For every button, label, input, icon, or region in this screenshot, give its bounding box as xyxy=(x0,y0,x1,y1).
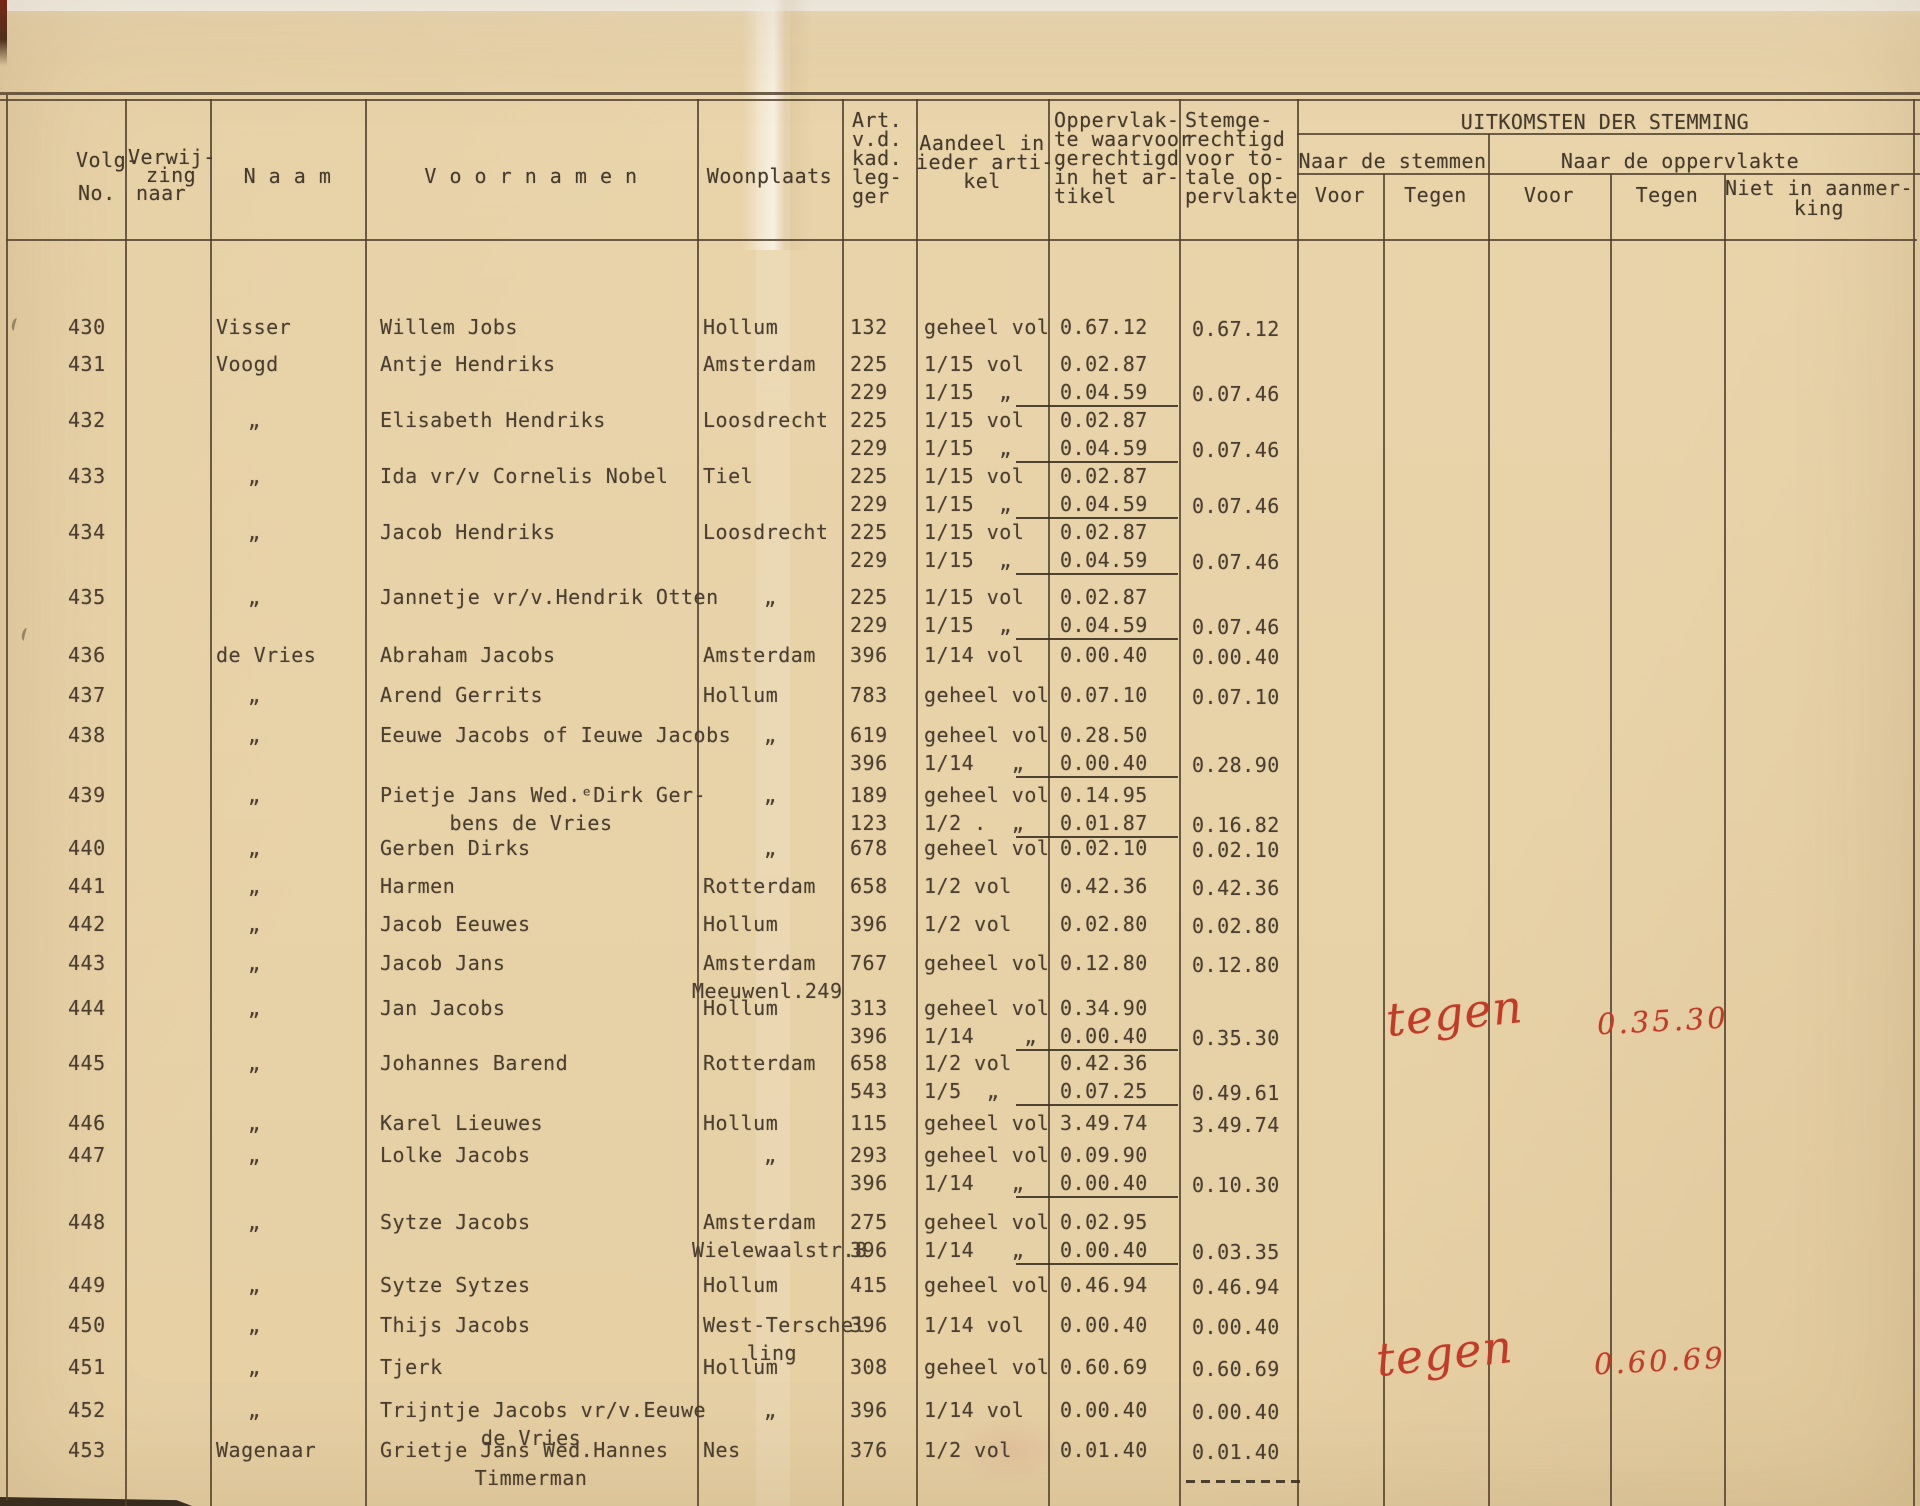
cell-woonplaats: „ xyxy=(764,1143,777,1167)
header-niet-in-aanmerking: king xyxy=(1724,196,1914,220)
cell-aandeel: 1/5 „ xyxy=(924,1079,999,1103)
header-naar-de-stemmen: Naar de stemmen xyxy=(1297,149,1488,173)
cell-oppervlakte: 3.49.74 xyxy=(1060,1111,1148,1135)
cell-naam: „ xyxy=(248,723,261,747)
cell-woonplaats: Hollum xyxy=(703,315,778,339)
cell-voornamen: Harmen xyxy=(380,874,455,898)
cell-naam: „ xyxy=(248,1111,261,1135)
cell-oppervlakte: 0.60.69 xyxy=(1060,1355,1148,1379)
cell-art-kad-legger: 396 xyxy=(850,643,888,667)
cell-woonplaats: Nes xyxy=(703,1438,741,1462)
cell-aandeel: geheel vol xyxy=(924,1273,1049,1297)
cell-voornamen: Sytze Sytzes xyxy=(380,1273,531,1297)
cell-woonplaats: „ xyxy=(764,836,777,860)
cell-aandeel: 1/15 vol xyxy=(924,408,1024,432)
cell-aandeel: 1/14 „ xyxy=(924,1171,1024,1195)
cell-art-kad-legger: 123 xyxy=(850,811,888,835)
cell-stemgerechtigd-totaal: 0.35.30 xyxy=(1192,1026,1280,1050)
cell-oppervlakte: 0.00.40 xyxy=(1060,643,1148,667)
header-verwijzing: naar xyxy=(136,181,186,205)
cell-voornamen: Trijntje Jacobs vr/v.Eeuwe xyxy=(380,1398,706,1422)
scanned-register-page: Volg- No. Verwij- zing naar N a a m V o … xyxy=(0,0,1920,1506)
cell-oppervlakte: 0.00.40 xyxy=(1060,1313,1148,1337)
cell-woonplaats: „ xyxy=(764,723,777,747)
header-voornamen: V o o r n a m e n xyxy=(365,164,697,188)
cell-woonplaats: Amsterdam xyxy=(703,951,816,975)
cell-art-kad-legger: 225 xyxy=(850,408,888,432)
cell-naam: Visser xyxy=(216,315,291,339)
cell-woonplaats: „ xyxy=(764,585,777,609)
cell-volgnummer: 438 xyxy=(68,723,106,747)
cell-aandeel: geheel vol xyxy=(924,683,1049,707)
cell-naam: „ xyxy=(248,1355,261,1379)
cell-naam: „ xyxy=(248,1210,261,1234)
sum-underline xyxy=(1016,405,1178,407)
cell-stemgerechtigd-totaal: 0.12.80 xyxy=(1192,953,1280,977)
sum-underline xyxy=(1016,1196,1178,1198)
cell-oppervlakte: 0.01.40 xyxy=(1060,1438,1148,1462)
header-woonplaats: Woonplaats xyxy=(697,164,842,188)
cell-volgnummer: 450 xyxy=(68,1313,106,1337)
dashed-total-line xyxy=(1186,1480,1304,1483)
cell-woonplaats: „ xyxy=(764,783,777,807)
cell-volgnummer: 451 xyxy=(68,1355,106,1379)
cell-stemgerechtigd-totaal: 0.07.46 xyxy=(1192,550,1280,574)
table-grid-line xyxy=(0,92,1920,95)
cell-aandeel: 1/2 vol xyxy=(924,912,1012,936)
cell-stemgerechtigd-totaal: 0.28.90 xyxy=(1192,753,1280,777)
cell-oppervlakte: 0.14.95 xyxy=(1060,783,1148,807)
cell-art-kad-legger: 396 xyxy=(850,1313,888,1337)
scan-bottom-shadow xyxy=(0,1497,192,1506)
table-grid-line xyxy=(1724,174,1726,1506)
cell-stemgerechtigd-totaal: 0.46.94 xyxy=(1192,1275,1280,1299)
cell-volgnummer: 435 xyxy=(68,585,106,609)
sum-underline xyxy=(1016,573,1178,575)
cell-art-kad-legger: 225 xyxy=(850,520,888,544)
cell-naam: Voogd xyxy=(216,352,279,376)
cell-art-kad-legger: 396 xyxy=(850,912,888,936)
cell-volgnummer: 446 xyxy=(68,1111,106,1135)
table-grid-line xyxy=(1488,134,1490,1506)
cell-voornamen: Tjerk xyxy=(380,1355,443,1379)
cell-aandeel: 1/14 „ xyxy=(924,751,1024,775)
header-voor-oppervlakte: Voor xyxy=(1488,183,1610,207)
cell-oppervlakte: 0.01.87 xyxy=(1060,811,1148,835)
cell-aandeel: 1/2 vol xyxy=(924,1438,1012,1462)
header-aandeel: kel xyxy=(916,169,1048,193)
cell-oppervlakte: 0.02.87 xyxy=(1060,352,1148,376)
cell-woonplaats: Loosdrecht xyxy=(703,520,828,544)
cell-woonplaats: Loosdrecht xyxy=(703,408,828,432)
table-grid-line xyxy=(6,95,8,1500)
table-grid-line xyxy=(365,99,367,1506)
table-grid-line xyxy=(1179,99,1181,1506)
cell-volgnummer: 430 xyxy=(68,315,106,339)
cell-voornamen: Antje Hendriks xyxy=(380,352,556,376)
cell-oppervlakte: 0.07.25 xyxy=(1060,1079,1148,1103)
cell-woonplaats: Hollum xyxy=(703,1355,778,1379)
cell-voornamen: Jacob Hendriks xyxy=(380,520,556,544)
handwritten-oppervlakte-annotation: 0.60.69 xyxy=(1593,1343,1726,1380)
cell-art-kad-legger: 396 xyxy=(850,751,888,775)
cell-aandeel: geheel vol xyxy=(924,315,1049,339)
cell-art-kad-legger: 658 xyxy=(850,1051,888,1075)
cell-aandeel: geheel vol xyxy=(924,723,1049,747)
cell-stemgerechtigd-totaal: 0.02.80 xyxy=(1192,914,1280,938)
cell-oppervlakte: 0.07.10 xyxy=(1060,683,1148,707)
cell-aandeel: 1/14 vol xyxy=(924,1398,1024,1422)
cell-voornamen: Ida vr/v Cornelis Nobel xyxy=(380,464,668,488)
cell-naam: „ xyxy=(248,464,261,488)
cell-stemgerechtigd-totaal: 0.07.46 xyxy=(1192,382,1280,406)
cell-woonplaats: Hollum xyxy=(703,1111,778,1135)
cell-volgnummer: 432 xyxy=(68,408,106,432)
cell-naam: „ xyxy=(248,585,261,609)
header-naam: N a a m xyxy=(210,164,365,188)
cell-oppervlakte: 0.02.87 xyxy=(1060,464,1148,488)
cell-voornamen: Willem Jobs xyxy=(380,315,518,339)
cell-voornamen: Eeuwe Jacobs of Ieuwe Jacobs xyxy=(380,723,731,747)
cell-volgnummer: 449 xyxy=(68,1273,106,1297)
cell-art-kad-legger: 225 xyxy=(850,464,888,488)
cell-art-kad-legger: 229 xyxy=(850,492,888,516)
cell-art-kad-legger: 396 xyxy=(850,1398,888,1422)
cell-volgnummer: 443 xyxy=(68,951,106,975)
cell-volgnummer: 442 xyxy=(68,912,106,936)
cell-art-kad-legger: 396 xyxy=(850,1024,888,1048)
cell-aandeel: 1/2 vol xyxy=(924,874,1012,898)
cell-woonplaats: Tiel xyxy=(703,464,753,488)
cell-woonplaats: Hollum xyxy=(703,912,778,936)
cell-oppervlakte: 0.04.59 xyxy=(1060,436,1148,460)
table-grid-line xyxy=(1913,99,1915,1506)
cell-art-kad-legger: 313 xyxy=(850,996,888,1020)
cell-art-kad-legger: 376 xyxy=(850,1438,888,1462)
cell-oppervlakte: 0.02.95 xyxy=(1060,1210,1148,1234)
cell-volgnummer: 439 xyxy=(68,783,106,807)
cell-oppervlakte: 0.02.87 xyxy=(1060,408,1148,432)
cell-aandeel: geheel vol xyxy=(924,836,1049,860)
cell-stemgerechtigd-totaal: 0.49.61 xyxy=(1192,1081,1280,1105)
cell-art-kad-legger: 783 xyxy=(850,683,888,707)
sum-underline xyxy=(1016,1104,1178,1106)
cell-aandeel: 1/15 vol xyxy=(924,464,1024,488)
cell-art-kad-legger: 229 xyxy=(850,613,888,637)
cell-art-kad-legger: 543 xyxy=(850,1079,888,1103)
cell-woonplaats: West-Terschel xyxy=(703,1313,866,1337)
cell-art-kad-legger: 189 xyxy=(850,783,888,807)
cell-art-kad-legger: 132 xyxy=(850,315,888,339)
cell-art-kad-legger: 293 xyxy=(850,1143,888,1167)
cell-naam: Wagenaar xyxy=(216,1438,316,1462)
cell-oppervlakte: 0.02.87 xyxy=(1060,585,1148,609)
cell-naam: „ xyxy=(248,1051,261,1075)
table-grid-line xyxy=(1297,173,1920,175)
cell-oppervlakte: 0.00.40 xyxy=(1060,1171,1148,1195)
cell-art-kad-legger: 767 xyxy=(850,951,888,975)
table-grid-line xyxy=(1297,99,1299,1506)
cell-oppervlakte: 0.42.36 xyxy=(1060,874,1148,898)
table-grid-line xyxy=(210,99,212,1506)
sum-underline xyxy=(1016,517,1178,519)
cell-aandeel: 1/15 vol xyxy=(924,352,1024,376)
cell-aandeel: 1/15 vol xyxy=(924,520,1024,544)
cell-art-kad-legger: 229 xyxy=(850,548,888,572)
cell-art-kad-legger: 225 xyxy=(850,585,888,609)
cell-naam: „ xyxy=(248,1313,261,1337)
cell-oppervlakte: 0.02.10 xyxy=(1060,836,1148,860)
cell-aandeel: 1/2 . „ xyxy=(924,811,1024,835)
cell-voornamen: bens de Vries xyxy=(365,811,697,835)
cell-oppervlakte: 0.04.59 xyxy=(1060,492,1148,516)
cell-art-kad-legger: 229 xyxy=(850,436,888,460)
cell-oppervlakte: 0.02.80 xyxy=(1060,912,1148,936)
cell-stemgerechtigd-totaal: 0.00.40 xyxy=(1192,645,1280,669)
cell-voornamen: Karel Lieuwes xyxy=(380,1111,543,1135)
cell-naam: „ xyxy=(248,683,261,707)
cell-voornamen: Elisabeth Hendriks xyxy=(380,408,606,432)
table-grid-line xyxy=(842,99,844,1506)
cell-aandeel: 1/14 vol xyxy=(924,1313,1024,1337)
cell-art-kad-legger: 225 xyxy=(850,352,888,376)
cell-oppervlakte: 0.34.90 xyxy=(1060,996,1148,1020)
cell-stemgerechtigd-totaal: 0.07.10 xyxy=(1192,685,1280,709)
header-art-kad-legger: ger xyxy=(852,184,890,208)
cell-stemgerechtigd-totaal: 0.07.46 xyxy=(1192,615,1280,639)
cell-oppervlakte: 0.46.94 xyxy=(1060,1273,1148,1297)
cell-volgnummer: 436 xyxy=(68,643,106,667)
cell-stemgerechtigd-totaal: 0.60.69 xyxy=(1192,1357,1280,1381)
header-tegen-stemmen: Tegen xyxy=(1383,183,1488,207)
cell-aandeel: geheel vol xyxy=(924,951,1049,975)
scan-top-edge xyxy=(0,0,1920,11)
cell-voornamen: Jan Jacobs xyxy=(380,996,505,1020)
sum-underline xyxy=(1016,461,1178,463)
cell-woonplaats: Hollum xyxy=(703,683,778,707)
cell-woonplaats: Amsterdam xyxy=(703,352,816,376)
cell-voornamen: Lolke Jacobs xyxy=(380,1143,531,1167)
header-volgnummer: No. xyxy=(78,181,116,205)
cell-stemgerechtigd-totaal: 0.16.82 xyxy=(1192,813,1280,837)
cell-voornamen: Grietje Jans Wed.Hannes xyxy=(380,1438,668,1462)
header-oppervlakte: tikel xyxy=(1054,184,1117,208)
cell-aandeel: 1/15 „ xyxy=(924,548,1012,572)
cell-naam: „ xyxy=(248,520,261,544)
cell-oppervlakte: 0.28.50 xyxy=(1060,723,1148,747)
cell-aandeel: geheel vol xyxy=(924,996,1049,1020)
cell-voornamen: Gerben Dirks xyxy=(380,836,531,860)
cell-volgnummer: 433 xyxy=(68,464,106,488)
cell-art-kad-legger: 275 xyxy=(850,1210,888,1234)
cell-naam: „ xyxy=(248,874,261,898)
sum-underline xyxy=(1016,776,1178,778)
cell-art-kad-legger: 678 xyxy=(850,836,888,860)
cell-volgnummer: 448 xyxy=(68,1210,106,1234)
cell-naam: „ xyxy=(248,912,261,936)
cell-aandeel: 1/15 „ xyxy=(924,436,1012,460)
cell-oppervlakte: 0.00.40 xyxy=(1060,1024,1148,1048)
table-grid-line xyxy=(1383,174,1385,1506)
cell-voornamen: Pietje Jans Wed.ᵉDirk Ger- xyxy=(380,783,706,807)
cell-aandeel: 1/14 „ xyxy=(924,1238,1024,1262)
cell-stemgerechtigd-totaal: 0.42.36 xyxy=(1192,876,1280,900)
cell-voornamen: Sytze Jacobs xyxy=(380,1210,531,1234)
cell-voornamen: Jacob Eeuwes xyxy=(380,912,531,936)
cell-aandeel: geheel vol xyxy=(924,1111,1049,1135)
cell-stemgerechtigd-totaal: 0.03.35 xyxy=(1192,1240,1280,1264)
cell-oppervlakte: 0.04.59 xyxy=(1060,380,1148,404)
cell-naam: „ xyxy=(248,1398,261,1422)
cell-naam: „ xyxy=(248,1273,261,1297)
cell-woonplaats: Wielewaalstr.8 xyxy=(692,1238,868,1262)
cell-oppervlakte: 0.12.80 xyxy=(1060,951,1148,975)
cell-volgnummer: 452 xyxy=(68,1398,106,1422)
cell-oppervlakte: 0.42.36 xyxy=(1060,1051,1148,1075)
header-voor-stemmen: Voor xyxy=(1297,183,1383,207)
cell-art-kad-legger: 396 xyxy=(850,1171,888,1195)
cell-volgnummer: 453 xyxy=(68,1438,106,1462)
table-grid-line xyxy=(1610,174,1612,1506)
table-grid-line xyxy=(916,99,918,1506)
cell-stemgerechtigd-totaal: 0.07.46 xyxy=(1192,438,1280,462)
cell-oppervlakte: 0.02.87 xyxy=(1060,520,1148,544)
cell-aandeel: 1/14 vol xyxy=(924,643,1024,667)
cell-oppervlakte: 0.09.90 xyxy=(1060,1143,1148,1167)
cell-naam: „ xyxy=(248,996,261,1020)
table-grid-line xyxy=(0,99,1920,101)
cell-stemgerechtigd-totaal: 0.02.10 xyxy=(1192,838,1280,862)
cell-volgnummer: 444 xyxy=(68,996,106,1020)
margin-mark xyxy=(11,317,21,331)
cell-volgnummer: 437 xyxy=(68,683,106,707)
cell-stemgerechtigd-totaal: 0.07.46 xyxy=(1192,494,1280,518)
cell-stemgerechtigd-totaal: 0.00.40 xyxy=(1192,1315,1280,1339)
cell-art-kad-legger: 229 xyxy=(850,380,888,404)
cell-voornamen: Timmerman xyxy=(365,1466,697,1490)
cell-aandeel: 1/15 „ xyxy=(924,492,1012,516)
cell-woonplaats: „ xyxy=(764,1398,777,1422)
cell-voornamen: Abraham Jacobs xyxy=(380,643,556,667)
cell-art-kad-legger: 115 xyxy=(850,1111,888,1135)
cell-voornamen: Jannetje vr/v.Hendrik Otten xyxy=(380,585,719,609)
cell-oppervlakte: 0.00.40 xyxy=(1060,751,1148,775)
cell-volgnummer: 434 xyxy=(68,520,106,544)
cell-aandeel: 1/15 „ xyxy=(924,613,1012,637)
cell-naam: „ xyxy=(248,951,261,975)
cell-art-kad-legger: 619 xyxy=(850,723,888,747)
cell-volgnummer: 441 xyxy=(68,874,106,898)
table-grid-line xyxy=(125,99,127,1506)
cell-oppervlakte: 0.04.59 xyxy=(1060,613,1148,637)
scan-edge-mark xyxy=(0,0,7,66)
cell-woonplaats: Hollum xyxy=(703,996,778,1020)
cell-oppervlakte: 0.67.12 xyxy=(1060,315,1148,339)
cell-naam: „ xyxy=(248,408,261,432)
cell-aandeel: 1/14 „ xyxy=(924,1024,1037,1048)
cell-woonplaats: Amsterdam xyxy=(703,1210,816,1234)
cell-stemgerechtigd-totaal: 0.67.12 xyxy=(1192,317,1280,341)
cell-stemgerechtigd-totaal: 0.01.40 xyxy=(1192,1440,1280,1464)
sum-underline xyxy=(1016,1263,1178,1265)
cell-stemgerechtigd-totaal: 0.10.30 xyxy=(1192,1173,1280,1197)
cell-voornamen: Johannes Barend xyxy=(380,1051,568,1075)
cell-woonplaats: Rotterdam xyxy=(703,874,816,898)
handwritten-tegen-annotation: tegen xyxy=(1384,983,1525,1043)
cell-art-kad-legger: 415 xyxy=(850,1273,888,1297)
cell-woonplaats: Rotterdam xyxy=(703,1051,816,1075)
cell-oppervlakte: 0.00.40 xyxy=(1060,1398,1148,1422)
cell-art-kad-legger: 658 xyxy=(850,874,888,898)
cell-naam: de Vries xyxy=(216,643,316,667)
cell-volgnummer: 447 xyxy=(68,1143,106,1167)
cell-volgnummer: 431 xyxy=(68,352,106,376)
handwritten-oppervlakte-annotation: 0.35.30 xyxy=(1596,1003,1729,1040)
margin-mark xyxy=(21,627,31,641)
cell-aandeel: 1/15 „ xyxy=(924,380,1012,404)
header-naar-de-oppervlakte: Naar de oppervlakte xyxy=(1470,149,1890,173)
table-grid-line xyxy=(6,239,1917,241)
cell-volgnummer: 440 xyxy=(68,836,106,860)
cell-voornamen: Thijs Jacobs xyxy=(380,1313,531,1337)
cell-oppervlakte: 0.00.40 xyxy=(1060,1238,1148,1262)
cell-aandeel: geheel vol xyxy=(924,1143,1049,1167)
cell-naam: „ xyxy=(248,836,261,860)
cell-woonplaats: Amsterdam xyxy=(703,643,816,667)
sum-underline xyxy=(1016,638,1178,640)
cell-voornamen: Arend Gerrits xyxy=(380,683,543,707)
cell-aandeel: 1/15 vol xyxy=(924,585,1024,609)
cell-naam: „ xyxy=(248,1143,261,1167)
cell-oppervlakte: 0.04.59 xyxy=(1060,548,1148,572)
cell-aandeel: geheel vol xyxy=(924,1355,1049,1379)
header-tegen-oppervlakte: Tegen xyxy=(1610,183,1724,207)
cell-aandeel: geheel vol xyxy=(924,783,1049,807)
cell-naam: „ xyxy=(248,783,261,807)
cell-art-kad-legger: 396 xyxy=(850,1238,888,1262)
header-uitkomsten-der-stemming: UITKOMSTEN DER STEMMING xyxy=(1297,110,1913,134)
cell-volgnummer: 445 xyxy=(68,1051,106,1075)
cell-aandeel: geheel vol xyxy=(924,1210,1049,1234)
cell-aandeel: 1/2 vol xyxy=(924,1051,1012,1075)
cell-woonplaats: Hollum xyxy=(703,1273,778,1297)
cell-stemgerechtigd-totaal: 3.49.74 xyxy=(1192,1113,1280,1137)
cell-art-kad-legger: 308 xyxy=(850,1355,888,1379)
cell-voornamen: Jacob Jans xyxy=(380,951,505,975)
header-stemgerechtigd: pervlakte xyxy=(1185,184,1298,208)
handwritten-tegen-annotation: tegen xyxy=(1374,1323,1515,1383)
cell-stemgerechtigd-totaal: 0.00.40 xyxy=(1192,1400,1280,1424)
